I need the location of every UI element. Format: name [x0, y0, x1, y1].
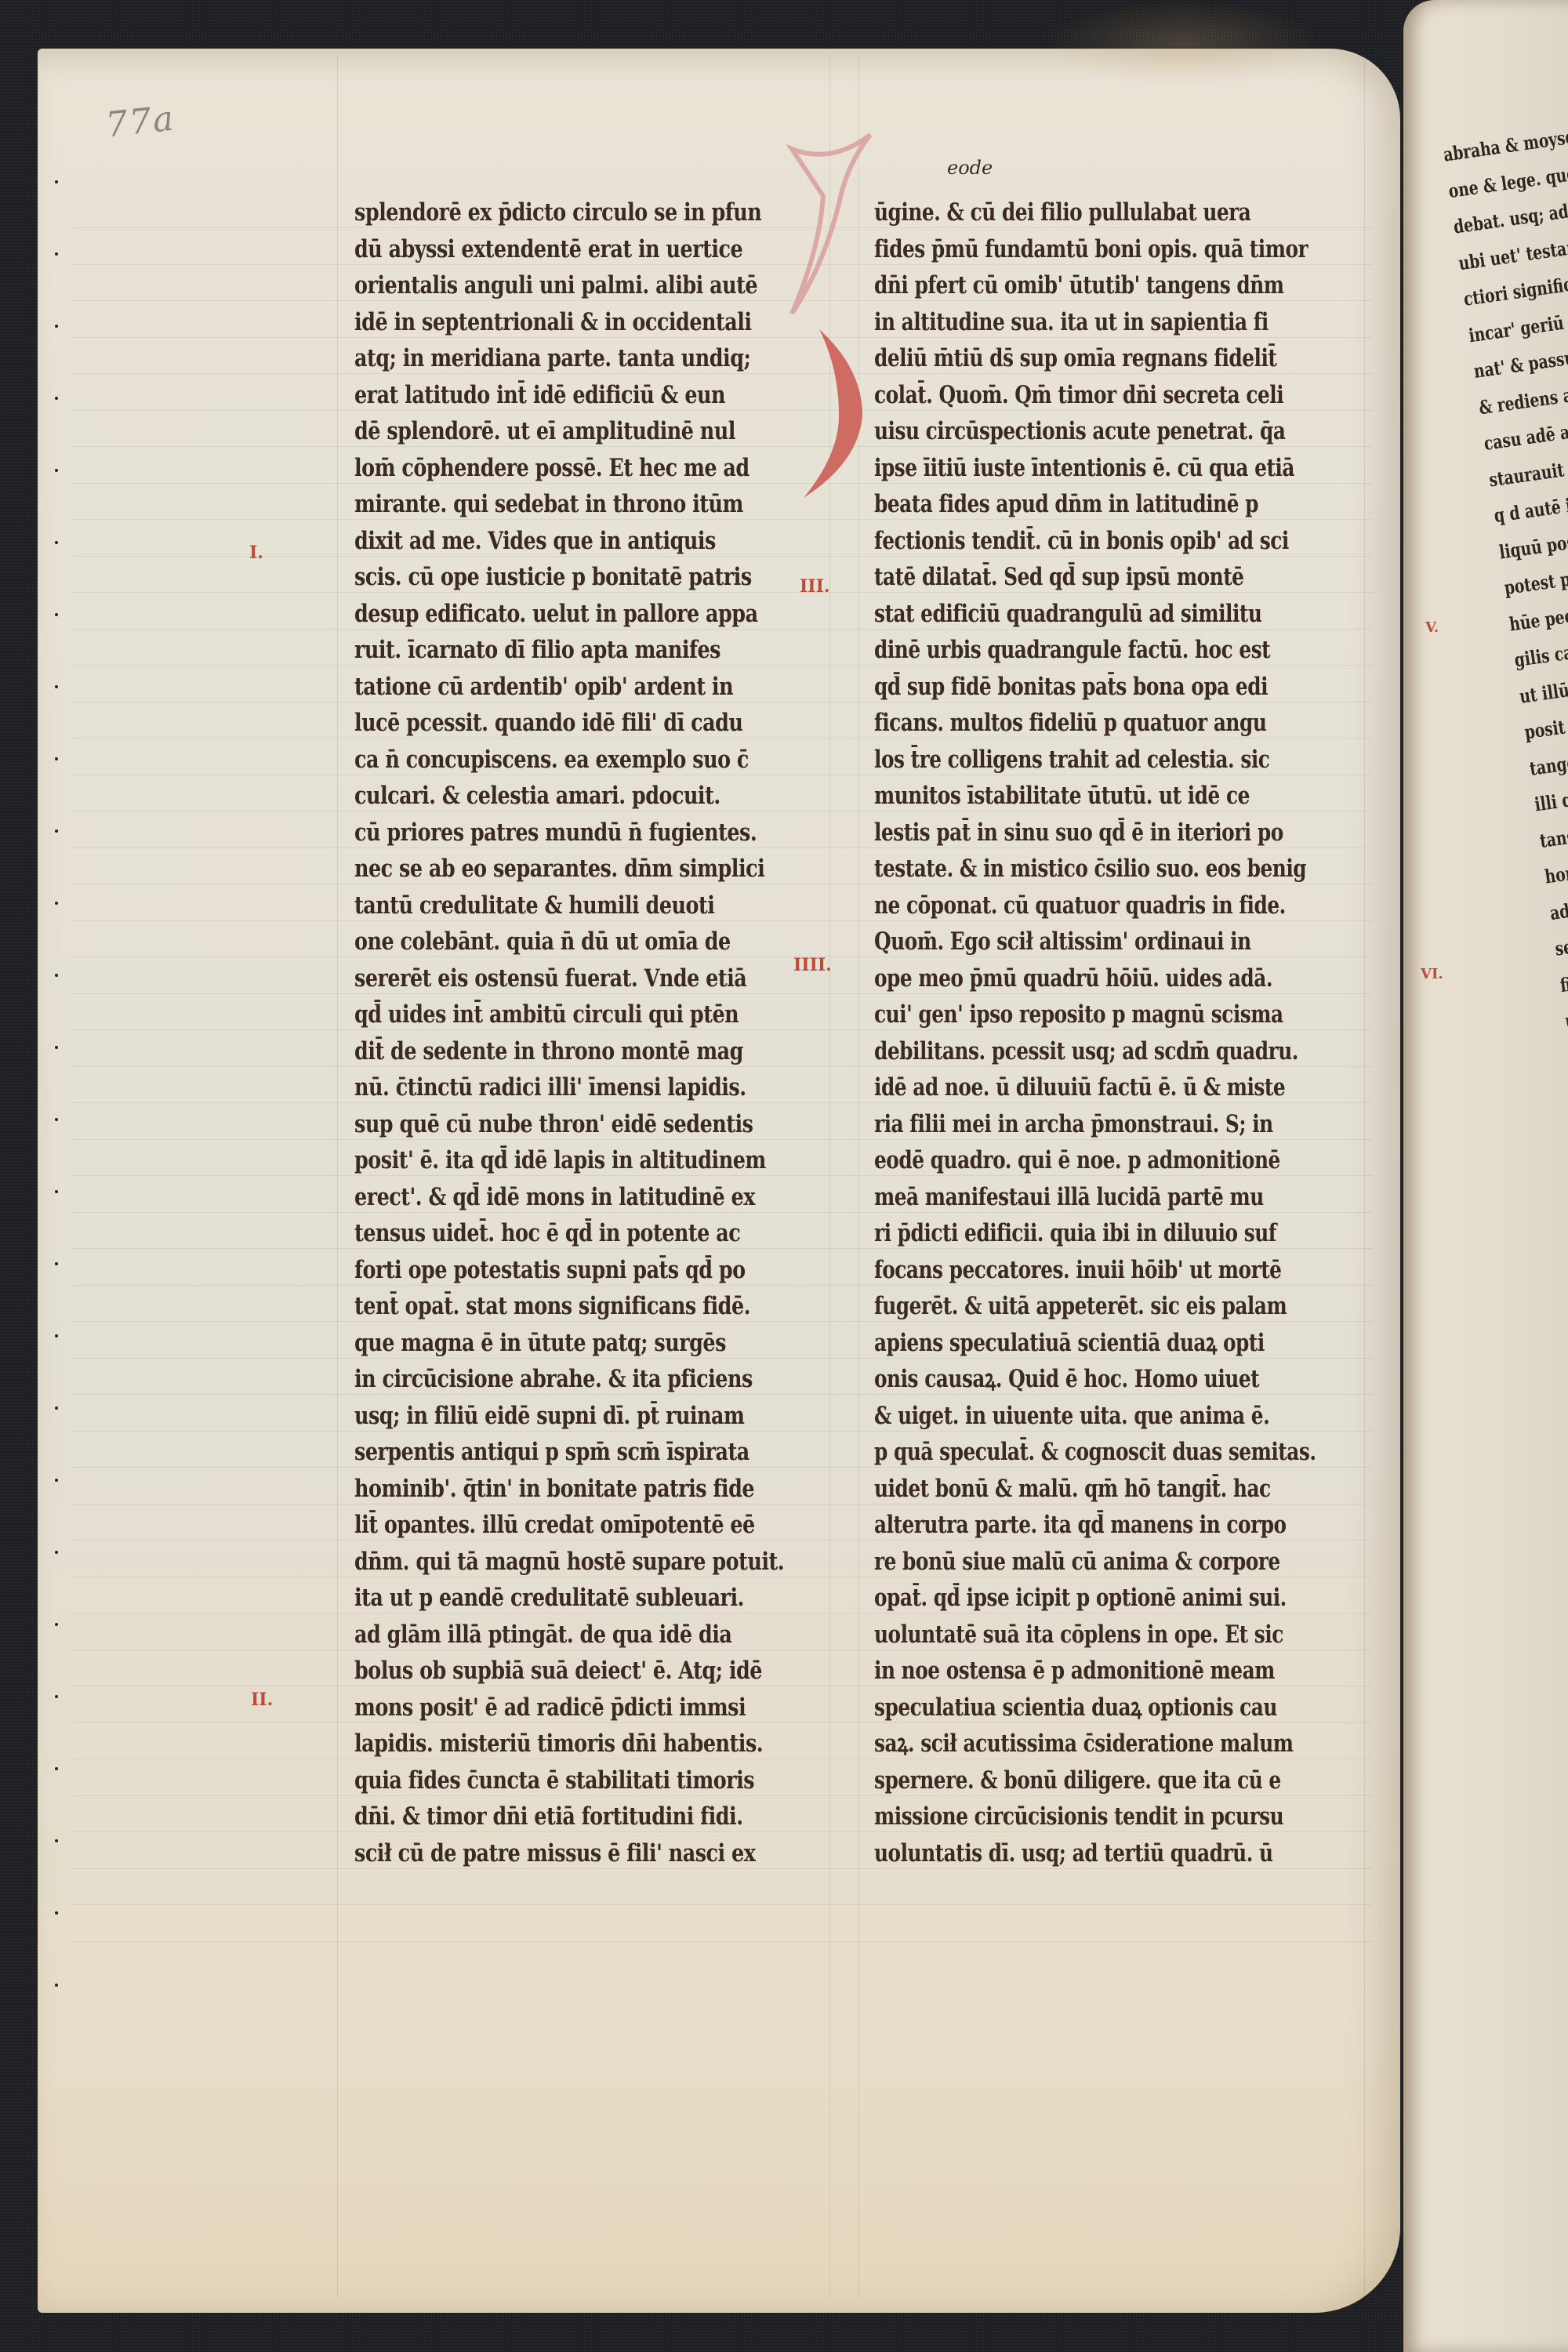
text-line: idē ad noe. ū diluuiū factū ē. ū & miste — [874, 1069, 1276, 1106]
text-line: lapidis. misteriū timoris dn̄i habentis. — [354, 1726, 734, 1762]
prick-hole — [55, 1190, 58, 1193]
prick-hole — [55, 1839, 58, 1842]
prick-hole — [55, 902, 58, 905]
text-line: splendorē ex p̄dicto circulo se in pfun — [354, 194, 734, 231]
text-line: dn̄m. qui tā magnū hostē supare potuit. — [354, 1544, 734, 1581]
text-line: atq; in meridiana parte. tanta undiq; — [354, 340, 734, 377]
text-line: lestis pat̄ in sinu suo qd̄ ē in iterior… — [874, 815, 1276, 851]
text-line: mons posit' ē ad radicē p̄dicti immsi — [354, 1690, 734, 1726]
text-line: nec se ab eo separantes. dn̄m simplici — [354, 851, 734, 887]
text-line: speculatiua scientia duaꝝ optionis cau — [874, 1690, 1276, 1726]
prick-hole — [55, 325, 58, 328]
text-line: dū abyssi extendentē erat in uertice — [354, 231, 734, 268]
margin-numeral-ii: II. — [251, 1690, 273, 1710]
text-line: lom̄ cōphendere possē. Et hec me ad — [354, 450, 734, 487]
text-line: uisu circūspectionis acute penetrat. q̄a — [874, 413, 1276, 450]
water-stain — [1043, 0, 1325, 86]
text-line: scis. cū ope iusticie p bonitatē patris — [354, 559, 734, 596]
text-line: dn̄i pfert cū omib' ūtutib' tangens dn̄m — [874, 267, 1276, 304]
prick-hole — [55, 1118, 58, 1121]
text-line: ita ut p eandē credulitatē subleuari. — [354, 1580, 734, 1617]
text-line: qd̄ sup fidē bonitas pat̄s bona opa edi — [874, 669, 1276, 706]
text-line: dinē urbis quadrangule factū. hoc est — [874, 632, 1276, 669]
text-line: dixit ad me. Vides que in antiquis — [354, 523, 734, 560]
prick-hole — [55, 1334, 58, 1338]
text-line: cui' gen' ipso reposito p magnū scisma — [874, 996, 1276, 1033]
prick-hole — [55, 180, 58, 183]
prick-hole — [55, 1262, 58, 1265]
text-line: in altitudine sua. ita ut in sapientia f… — [874, 304, 1276, 341]
text-line: ūgine. & cū dei filio pullulabat uera — [874, 194, 1276, 231]
text-line: serpentis antiqui p spm̄ scm̄ īspirata — [354, 1434, 734, 1471]
text-line: tatione cū ardentib' opib' ardent in — [354, 669, 734, 706]
text-line: onis causaꝝ. Quid ē hoc. Homo uiuet — [874, 1361, 1276, 1398]
text-line: sererēt eis ostensū fuerat. Vnde etiā — [354, 960, 734, 997]
prick-hole — [55, 1479, 58, 1482]
prick-hole — [55, 397, 58, 400]
text-line: in circūcisione abrahe. & ita pficiens — [354, 1361, 734, 1398]
text-line: dn̄i. & timor dn̄i etiā fortitudini fidi… — [354, 1798, 734, 1835]
text-line: ne cōponat. cū quatuor quadris in fide. — [874, 887, 1276, 924]
prick-hole — [55, 685, 58, 688]
text-line: idē in septentrionali & in occidentali — [354, 304, 734, 341]
text-line: missione circūcisionis tendit in pcursu — [874, 1798, 1276, 1835]
text-line: apiens speculatiuā scientiā duaꝝ opti — [874, 1325, 1276, 1362]
text-line: deliū m̄tiū ds̄ sup omīa regnans fidelit… — [874, 340, 1276, 377]
text-line: sup quē cū nube thron' eidē sedentis — [354, 1106, 734, 1143]
text-line: posit' ē. ita qd̄ idē lapis in altitudin… — [354, 1142, 734, 1179]
text-line: lucē pcessit. quando idē fili' dī cadu — [354, 705, 734, 742]
text-line: que magna ē in ūtute patq; surgēs — [354, 1325, 734, 1362]
prick-hole — [55, 1046, 58, 1049]
prick-hole — [55, 541, 58, 544]
text-line: Quom̄. Ego scił altissim' ordinaui in — [874, 924, 1276, 960]
text-column-right: ūgine. & cū dei filio pullulabat uerafid… — [874, 194, 1376, 1871]
text-line: ad glām illā ptingāt. de qua idē dia — [354, 1617, 734, 1653]
text-line: ope meo p̄mū quadrū hōiū. uides adā. — [874, 960, 1276, 997]
prick-hole — [55, 1911, 58, 1915]
ruling-line — [71, 1941, 1372, 1942]
text-line: meā manifestaui illā lucidā partē mu — [874, 1179, 1276, 1216]
text-line: debilitans. pcessit usq; ad scdm̄ quadru… — [874, 1033, 1276, 1070]
margin-numeral-v: V. — [1425, 619, 1439, 636]
prick-hole — [55, 1551, 58, 1554]
text-line: mirante. qui sedebat in throno itūm — [354, 486, 734, 523]
text-line: tent̄ opat̄. stat mons significans fidē. — [354, 1288, 734, 1325]
text-line: hominib'. q̄tin' in bonitate patris fide — [354, 1471, 734, 1508]
margin-numeral-iiii: IIII. — [793, 955, 832, 975]
text-line: munitos īstabilitate ūtutū. ut idē ce — [874, 778, 1276, 815]
text-line: stat edificiū quadrangulū ad similitu — [874, 596, 1276, 633]
margin-numeral-iii: III. — [800, 576, 830, 597]
text-line: quia fides c̄uncta ē stabilitati timoris — [354, 1762, 734, 1799]
text-line: bolus ob supbiā suā deiect' ē. Atq; idē — [354, 1653, 734, 1690]
text-line: fectionis tendit̄. cū in bonis opib' ad … — [874, 523, 1276, 560]
text-line: tatē dilatat̄. Sed qd̄ sup ipsū montē — [874, 559, 1276, 596]
text-line: ria filii mei in archa p̄monstraui. S; i… — [874, 1106, 1276, 1143]
prick-hole — [55, 1695, 58, 1698]
ruling-line — [337, 55, 338, 2297]
prick-hole — [55, 974, 58, 977]
prick-hole — [55, 613, 58, 616]
folio-number: 77a — [104, 99, 177, 146]
text-line: alterutra parte. ita qd̄ manens in corpo — [874, 1507, 1276, 1544]
text-line: ruit. īcarnato dī filio apta manifes — [354, 632, 734, 669]
text-line: tantū credulitate & humili deuoti — [354, 887, 734, 924]
text-line: ri p̄dicti edificii. quia ibi in diluuio… — [874, 1215, 1276, 1252]
text-line: ca n̄ concupiscens. ea exemplo suo c̄ — [354, 742, 734, 779]
text-line: saꝝ. scił acutissima c̄sideratione malum — [874, 1726, 1276, 1762]
text-column-left: splendorē ex p̄dicto circulo se in pfund… — [354, 194, 817, 1871]
text-line: colat̄. Quom̄. Qm̄ timor dn̄i secreta ce… — [874, 377, 1276, 414]
text-line: one colebānt. quia n̄ dū ut omīa de — [354, 924, 734, 960]
text-line: uoluntatis dī. usq; ad tertiū quadrū. ū — [874, 1835, 1276, 1872]
text-line: beata fides apud dn̄m in latitudinē p — [874, 486, 1276, 523]
text-line: spernere. & bonū diligere. que ita cū e — [874, 1762, 1276, 1799]
prick-hole — [55, 1623, 58, 1626]
text-line: orientalis anguli uni palmi. alibi autē — [354, 267, 734, 304]
prick-hole — [55, 829, 58, 833]
ruling-line — [71, 1904, 1372, 1905]
prick-hole — [55, 469, 58, 472]
text-line: ipse īitiū iuste īntentionis ē. cū qua e… — [874, 450, 1276, 487]
text-line: testate. & in mistico c̄silio suo. eos b… — [874, 851, 1276, 887]
prick-hole — [55, 252, 58, 256]
text-line: p quā speculat̄. & cognoscit duas semita… — [874, 1434, 1276, 1471]
text-line: eodē quadro. qui ē noe. p admonitionē — [874, 1142, 1276, 1179]
text-line: in noe ostensa ē p admonitionē meam — [874, 1653, 1276, 1690]
text-line: dē splendorē. ut eī amplitudinē nul — [354, 413, 734, 450]
text-line: nū. c̄tinctū radici illi' īmensi lapidis… — [354, 1069, 734, 1106]
text-line: cū priores patres mundū n̄ fugientes. — [354, 815, 734, 851]
text-line: usq; in filiū eidē supni dī. pt̄ ruinam — [354, 1398, 734, 1435]
text-line: forti ope potestatis supni pat̄s qd̄ po — [354, 1252, 734, 1289]
text-line: fugerēt. & uitā appeterēt. sic eis palam — [874, 1288, 1276, 1325]
interlinear-gloss: eode — [947, 157, 993, 179]
text-line: ficans. multos fideliū p quatuor angu — [874, 705, 1276, 742]
text-line: erat latitudo int̄ idē edificiū & eun — [354, 377, 734, 414]
text-line: opat̄. qd̄ ipse icipit p optionē animi s… — [874, 1580, 1276, 1617]
text-line: uidet bonū & malū. qm̄ hō tangit̄. hac — [874, 1471, 1276, 1508]
text-line: re bonū siue malū cū anima & corpore — [874, 1544, 1276, 1581]
text-line: scił cū de patre missus ē fili' nasci ex — [354, 1835, 734, 1872]
text-line: los t̄re colligens trahit ad celestia. s… — [874, 742, 1276, 779]
text-line: lit̄ opantes. illū credat omīpotentē eē — [354, 1507, 734, 1544]
margin-numeral-i: I. — [249, 543, 263, 563]
text-line: culcari. & celestia amari. pdocuit. — [354, 778, 734, 815]
text-line: tensus uidet̄. hoc ē qd̄ in potente ac — [354, 1215, 734, 1252]
text-line: desup edificato. uelut in pallore appa — [354, 596, 734, 633]
text-line: erect'. & qd̄ idē mons in latitudinē ex — [354, 1179, 734, 1216]
prick-hole — [55, 1406, 58, 1410]
margin-numeral-vi: VI. — [1421, 966, 1443, 982]
prick-hole — [55, 757, 58, 760]
prick-hole — [55, 1767, 58, 1770]
text-line: qd̄ uides int̄ ambitū circuli qui ptēn — [354, 996, 734, 1033]
prick-hole — [55, 1984, 58, 1987]
text-line: fides p̄mū fundamtū boni opis. quā timor — [874, 231, 1276, 268]
text-line: focans peccatores. inuii hōib' ut mortē — [874, 1252, 1276, 1289]
text-line: dit̄ de sedente in throno montē mag — [354, 1033, 734, 1070]
text-line: uoluntatē suā ita cōplens in ope. Et sic — [874, 1617, 1276, 1653]
pricking-holes — [55, 180, 63, 1984]
text-line: & uiget. in uiuente uita. que anima ē. — [874, 1398, 1276, 1435]
